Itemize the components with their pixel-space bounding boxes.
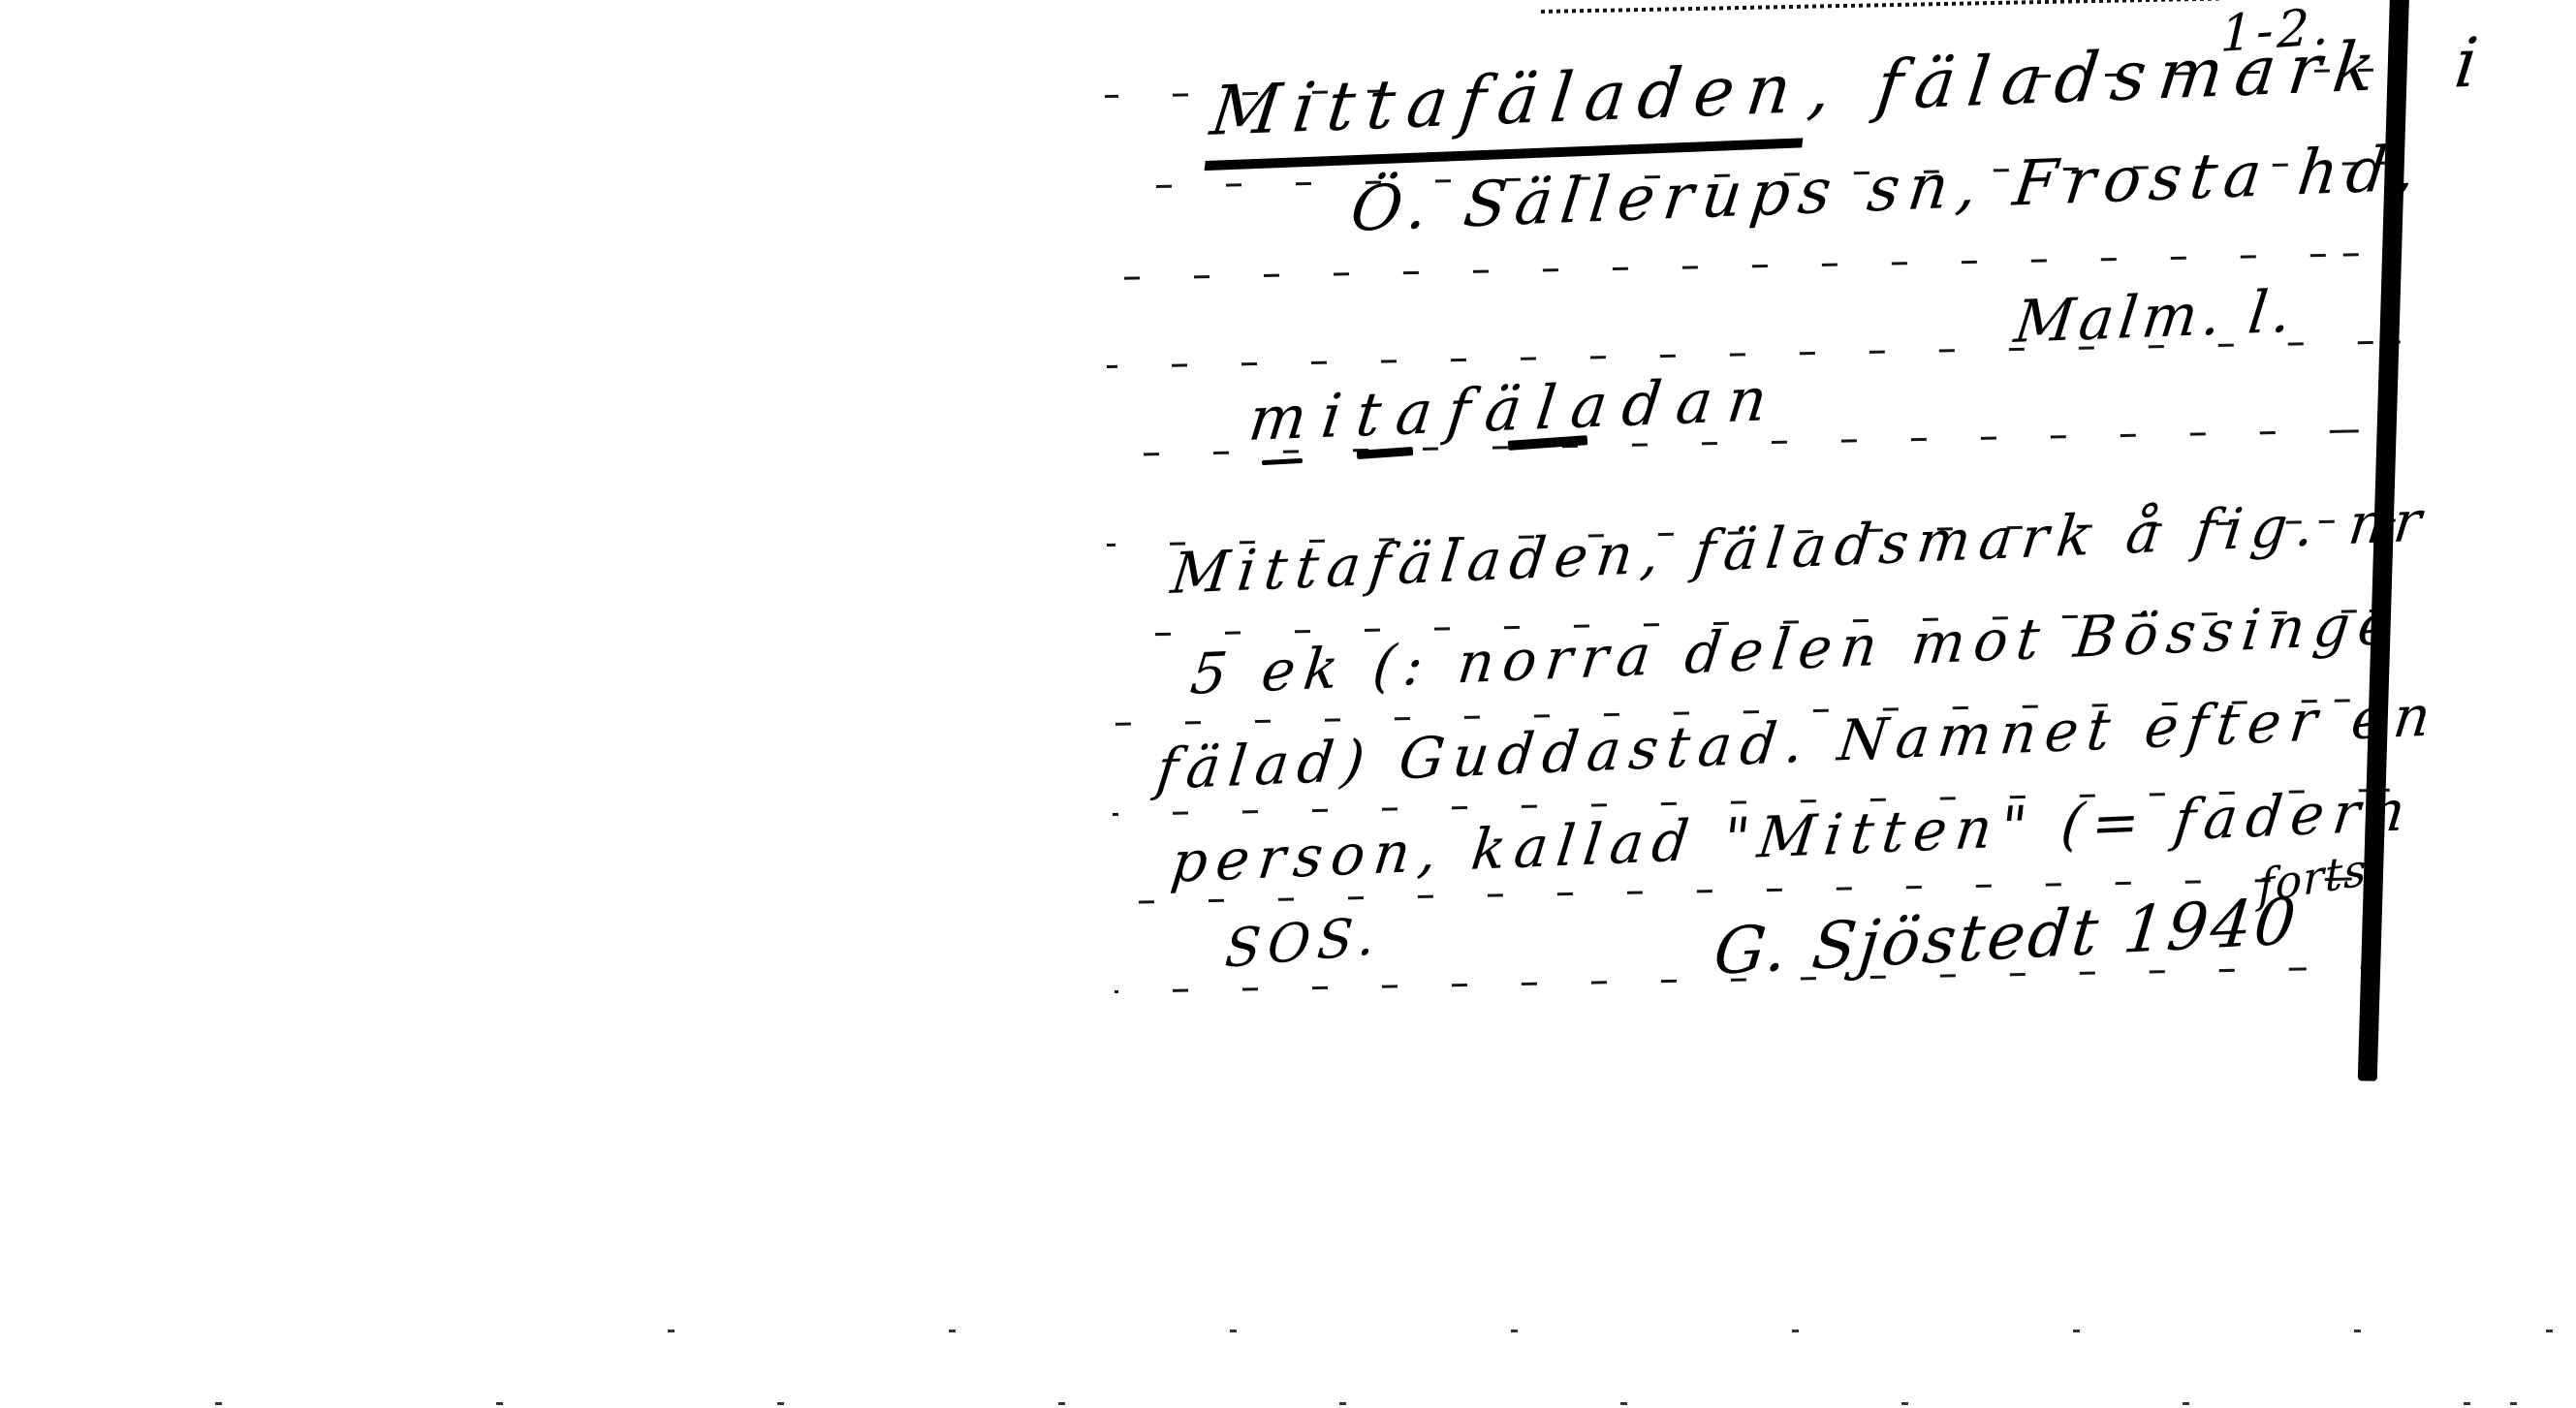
body-line: Mittafäladen, fäladsmark å fig. nr — [1168, 487, 2434, 607]
body-line: person, kallad "Mitten" (= fadern — [1168, 777, 2417, 895]
ruled-line — [417, 1330, 2576, 1332]
ruled-line — [1111, 252, 2400, 280]
body-line: 5 ek (: norra delen mot Bössinge — [1187, 590, 2404, 707]
phonetic-length-mark — [1262, 458, 1303, 465]
headline: Mittafäladen, fäladsmark i — [1207, 22, 2495, 151]
collection-abbrev: SOS. — [1223, 904, 1383, 980]
archive-card: 1-2. Mittafäladen, fäladsmark i Ö. Sälle… — [0, 0, 2576, 1408]
county-line: Malm. l. — [2011, 278, 2300, 357]
recorder-signature: G. Sjöstedt 1940 — [1711, 884, 2302, 989]
ruled-line — [1541, 0, 2219, 14]
ruled-line — [0, 1402, 2576, 1405]
headword: Mittafäladen — [1205, 48, 1814, 171]
